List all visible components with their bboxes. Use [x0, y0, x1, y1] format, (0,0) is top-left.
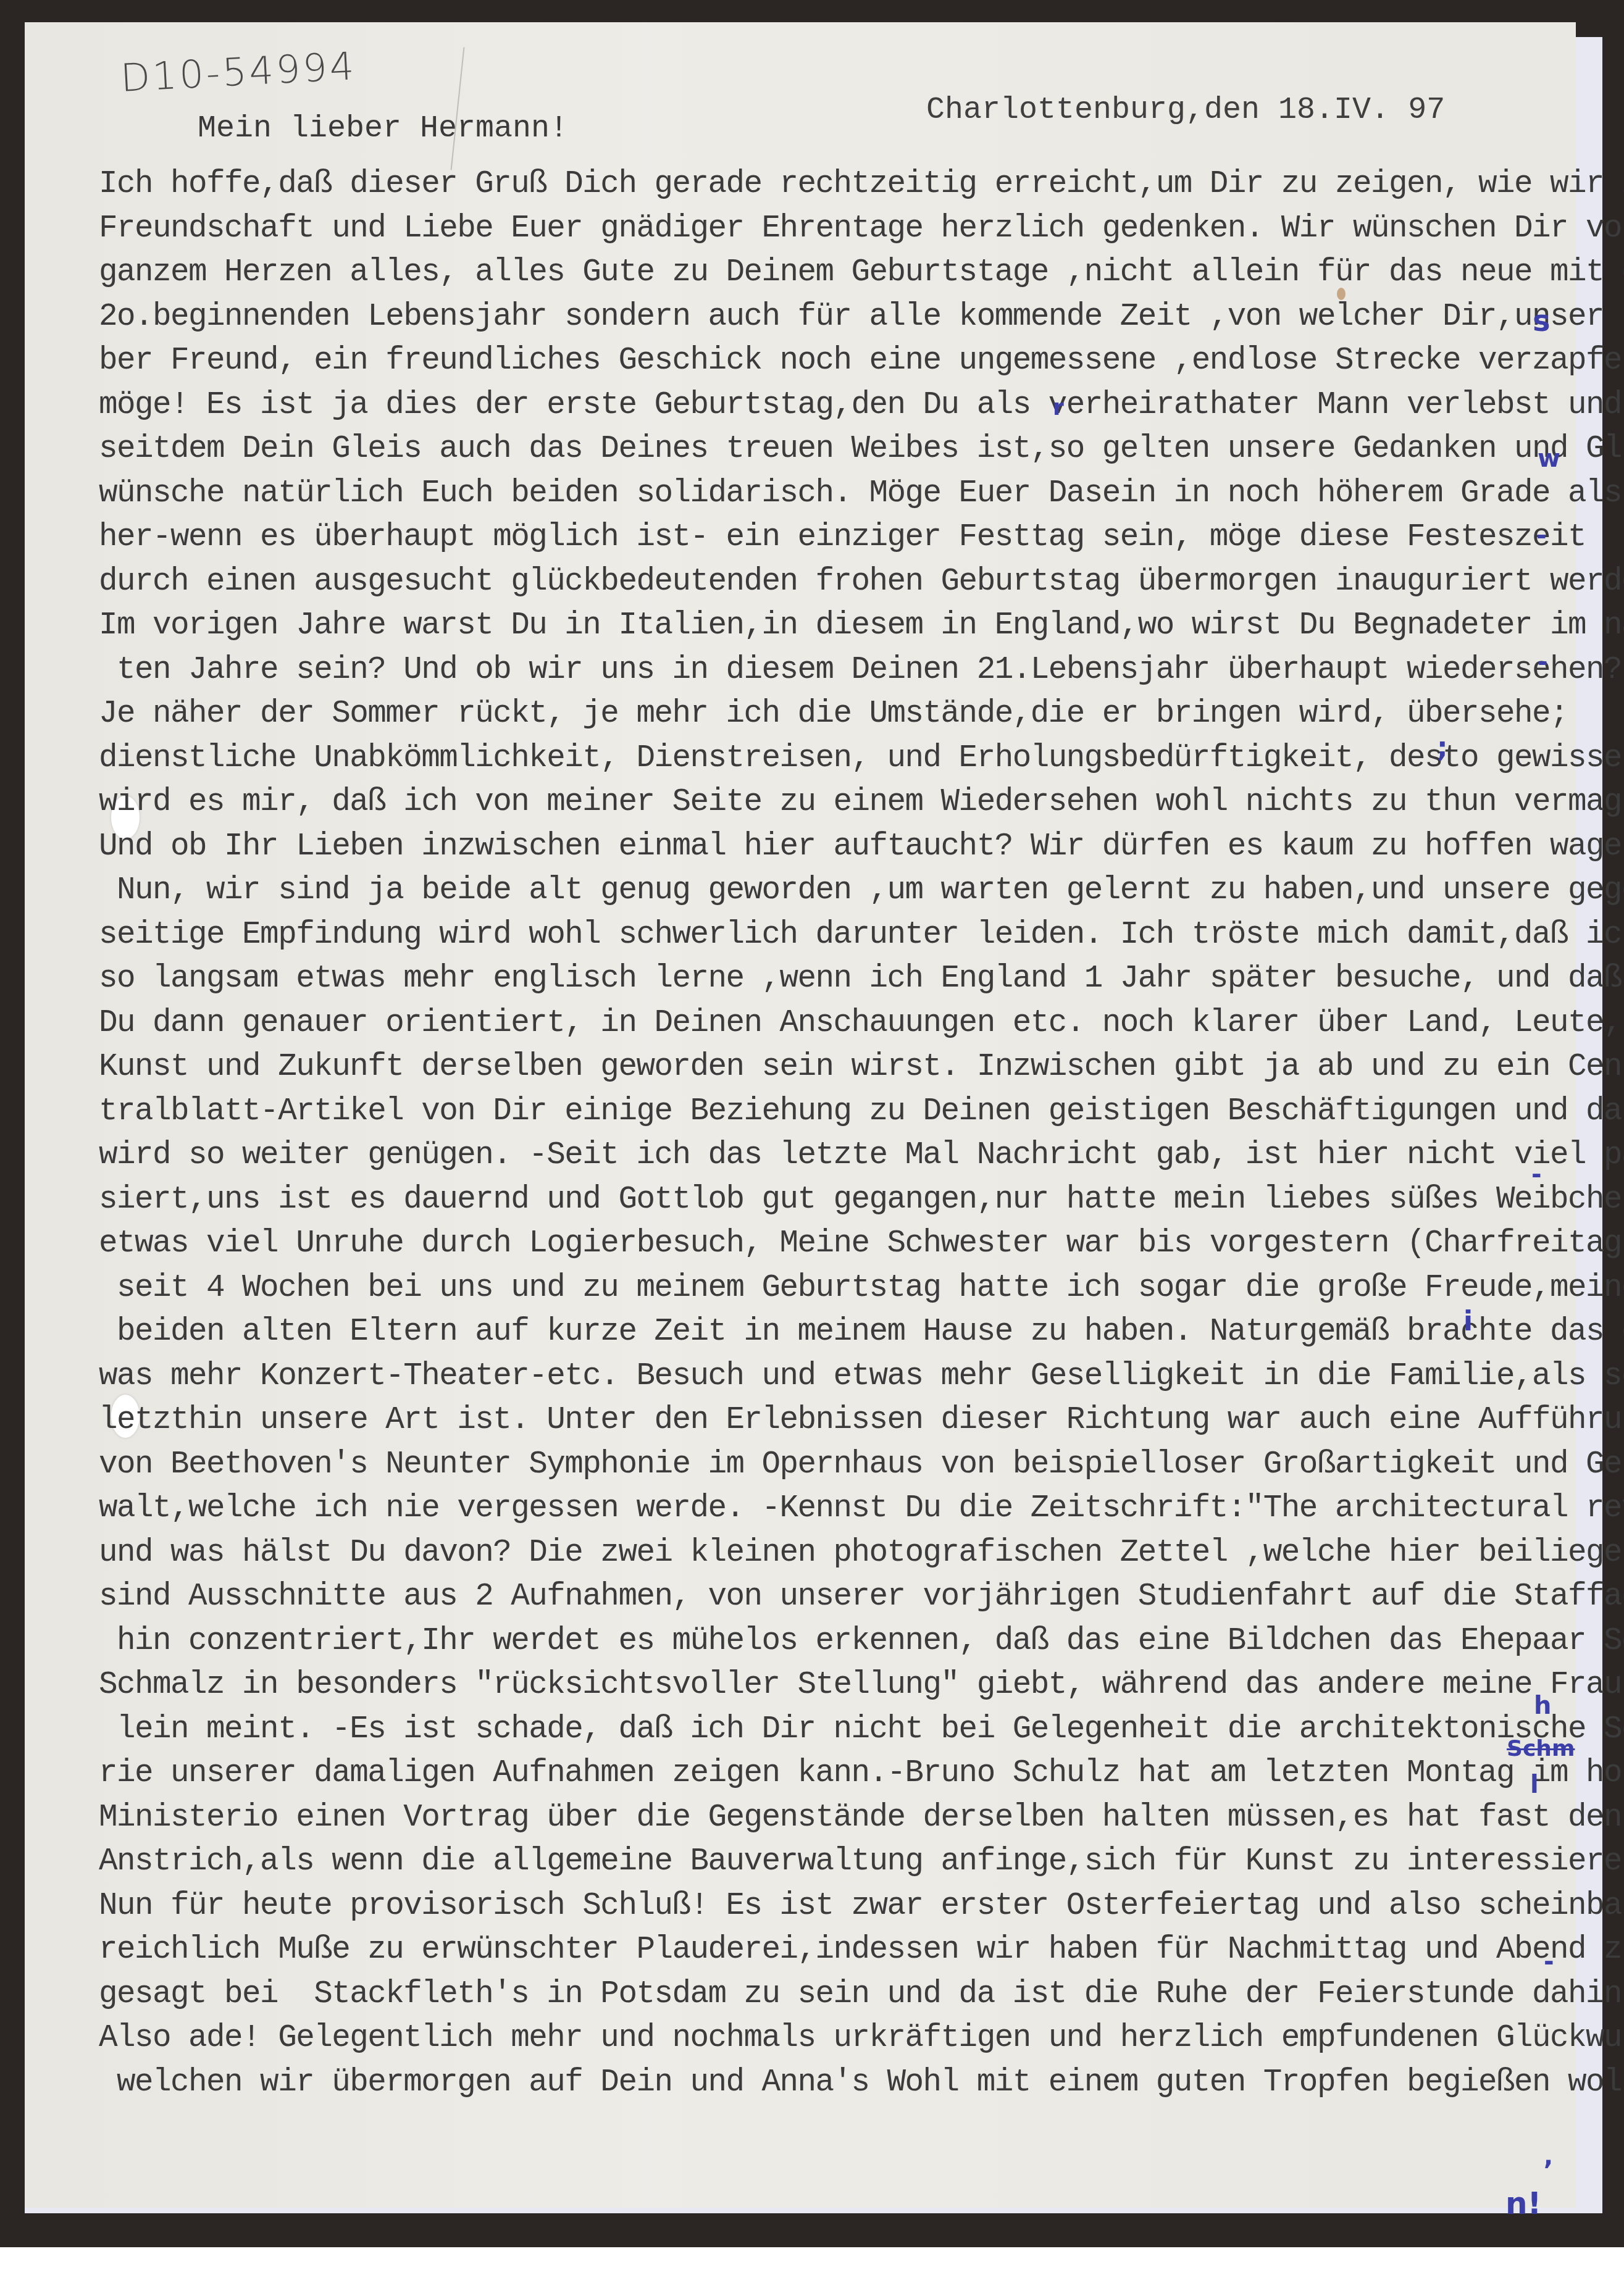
ink-correction: n! — [1505, 2185, 1541, 2221]
letter-line: Kunst und Zukunft derselben geworden sei… — [99, 1045, 1563, 1089]
letter-line: 2o.beginnenden Lebensjahr sondern auch f… — [99, 294, 1563, 339]
letter-line: Nun, wir sind ja beide alt genug geworde… — [99, 868, 1563, 912]
letter-line: möge! Es ist ja dies der erste Geburtsta… — [99, 383, 1563, 427]
letter-line: her-wenn es überhaupt möglich ist- ein e… — [99, 515, 1563, 559]
letter-line: durch einen ausgesucht glückbedeutenden … — [99, 559, 1563, 604]
letter-line: Und ob Ihr Lieben inzwischen einmal hier… — [99, 824, 1563, 869]
letter-line: wird so weiter genügen. -Seit ich das le… — [99, 1133, 1563, 1177]
letter-line: beiden alten Eltern auf kurze Zeit in me… — [99, 1309, 1563, 1354]
letter-line: ber Freund, ein freundliches Geschick no… — [99, 338, 1563, 383]
ink-correction: s — [1533, 304, 1551, 338]
letter-line: dienstliche Unabkömmlichkeit, Dienstreis… — [99, 736, 1563, 780]
ink-correction: ‐ — [1536, 522, 1547, 550]
ink-correction: ; — [1437, 732, 1448, 763]
letter-line: lein meint. -Es ist schade, daß ich Dir … — [99, 1707, 1563, 1751]
ink-correction: ‐ — [1531, 1161, 1542, 1189]
letter-line: Im vorigen Jahre warst Du in Italien,in … — [99, 603, 1563, 648]
letter-line: seitige Empfindung wird wohl schwerlich … — [99, 912, 1563, 957]
letter-line: Du dann genauer orientiert, in Deinen An… — [99, 1001, 1563, 1045]
letter-line: hin conzentriert,Ihr werdet es mühelos e… — [99, 1619, 1563, 1663]
letter-line: wird es mir, daß ich von meiner Seite zu… — [99, 780, 1563, 824]
letter-line: von Beethoven's Neunter Symphonie im Ope… — [99, 1442, 1563, 1487]
letter-line: etwas viel Unruhe durch Logierbesuch, Me… — [99, 1221, 1563, 1266]
ink-correction: i — [1463, 1306, 1473, 1337]
letter-line: Ich hoffe,daß dieser Gruß Dich gerade re… — [99, 162, 1563, 206]
ink-correction: l — [1530, 1771, 1539, 1799]
letter-line: welchen wir übermorgen auf Dein und Anna… — [99, 2060, 1563, 2105]
letter-line: ten Jahre sein? Und ob wir uns in diesem… — [99, 648, 1563, 692]
letter-line: und was hälst Du davon? Die zwei kleinen… — [99, 1530, 1563, 1575]
letter-line: reichlich Muße zu erwünschter Plauderei,… — [99, 1927, 1563, 1972]
letter-line: tralblatt-Artikel von Dir einige Beziehu… — [99, 1089, 1563, 1133]
letter-line: Anstrich,als wenn die allgemeine Bauverw… — [99, 1839, 1563, 1884]
letter-line: so langsam etwas mehr englisch lerne ,we… — [99, 956, 1563, 1001]
letter-line: rie unserer damaligen Aufnahmen zeigen k… — [99, 1751, 1563, 1795]
ink-correction: h — [1534, 1692, 1551, 1720]
letter-body: Ich hoffe,daß dieser Gruß Dich gerade re… — [99, 162, 1593, 2104]
ink-correction: r — [1053, 395, 1064, 420]
letter-line: letzthin unsere Art ist. Unter den Erleb… — [99, 1398, 1563, 1442]
letter-line: wünsche natürlich Euch beiden solidarisc… — [99, 471, 1563, 516]
letter-line: Freundschaft und Liebe Euer gnädiger Ehr… — [99, 206, 1563, 251]
letter-line: Ministerio einen Vortrag über die Gegens… — [99, 1795, 1563, 1840]
letter-line: Schmalz in besonders "rücksichtsvoller S… — [99, 1663, 1563, 1707]
letter-line: gesagt bei Stackfleth's in Potsdam zu se… — [99, 1972, 1563, 2016]
letter-line: Nun für heute provisorisch Schluß! Es is… — [99, 1884, 1563, 1928]
ink-correction: ‐ — [1538, 648, 1548, 677]
dateline: Charlottenburg,den 18.IV. 97 — [926, 93, 1445, 128]
letter-line: ganzem Herzen alles, alles Gute zu Deine… — [99, 250, 1563, 294]
letter-line: sind Ausschnitte aus 2 Aufnahmen, von un… — [99, 1574, 1563, 1619]
ink-correction: w — [1538, 445, 1560, 473]
ink-correction: - — [1544, 1948, 1554, 1976]
letter-line: was mehr Konzert-Theater-etc. Besuch und… — [99, 1354, 1563, 1398]
ink-correction: Schm — [1507, 1736, 1575, 1761]
salutation: Mein lieber Hermann! — [198, 111, 568, 146]
letter-line: seitdem Dein Gleis auch das Deines treue… — [99, 427, 1563, 471]
letter-line: walt,welche ich nie vergessen werde. -Ke… — [99, 1486, 1563, 1530]
letter-line: siert,uns ist es dauernd und Gottlob gut… — [99, 1177, 1563, 1222]
letter-line: seit 4 Wochen bei uns und zu meinem Gebu… — [99, 1266, 1563, 1310]
letter-line: Je näher der Sommer rückt, je mehr ich d… — [99, 691, 1563, 736]
fold-line — [451, 47, 465, 170]
ink-correction: , — [1544, 2142, 1553, 2171]
letter-line: Also ade! Gelegentlich mehr und nochmals… — [99, 2016, 1563, 2060]
